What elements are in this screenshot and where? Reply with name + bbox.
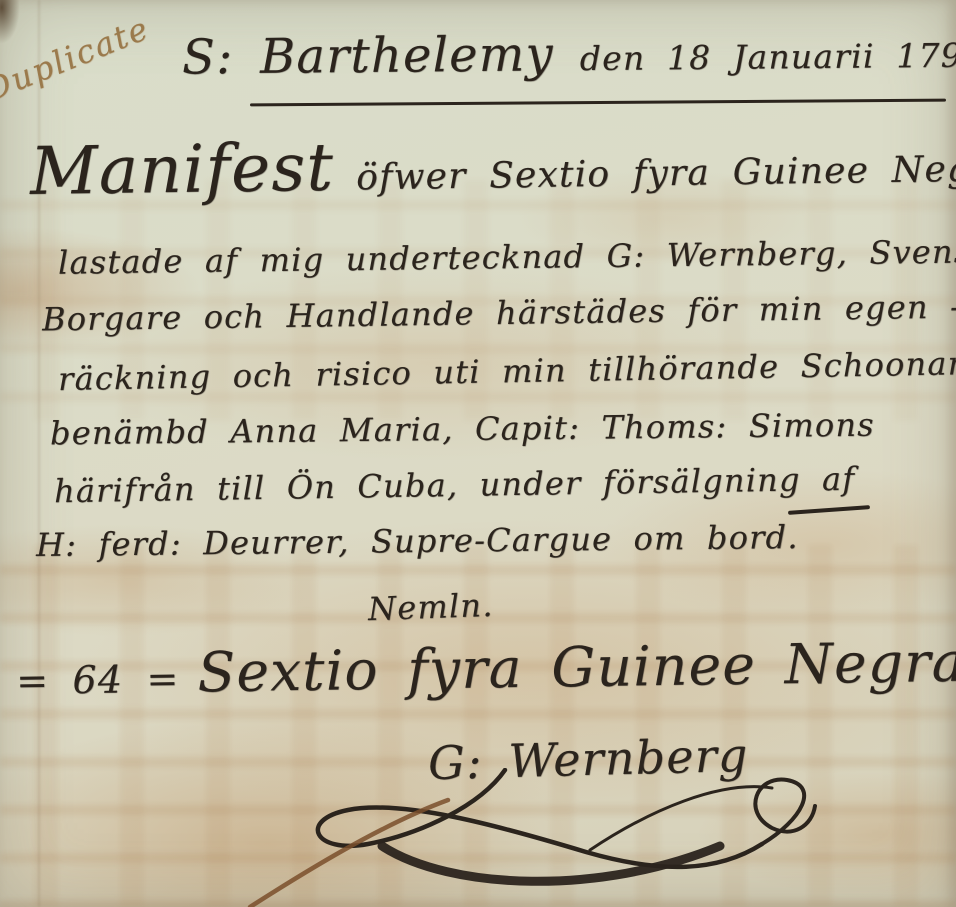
body-line: härifrån till Ön Cuba, under försälgning… xyxy=(54,460,856,511)
corner-ink-blot xyxy=(0,0,20,44)
pen-flourish-underline xyxy=(788,505,870,515)
namely-abbreviation: Nemln. xyxy=(367,586,494,628)
dateline: S: Barthelemyden 18 Januarii 1797. xyxy=(182,22,956,85)
place-name: S: Barthelemy xyxy=(182,26,554,85)
header-underline xyxy=(250,99,946,107)
stray-ink-stroke xyxy=(0,770,520,907)
body-line: H: ferd: Deurrer, Supre-Cargue om bord. xyxy=(36,518,799,564)
body-line: benämbd Anna Maria, Capit: Thoms: Simons xyxy=(50,406,875,453)
manifest-word: Manifest xyxy=(30,129,335,210)
manuscript-page: Duplicate S: Barthelemyden 18 Januarii 1… xyxy=(0,0,956,907)
date-text: den 18 Januarii 1797. xyxy=(580,35,956,78)
slave-count-line: = 64 =Sextio fyra Guinee Negrar: xyxy=(16,629,956,707)
count-words: Sextio fyra Guinee Negrar: xyxy=(197,629,956,704)
body-line: räckning och risico uti min tillhörande … xyxy=(58,344,956,398)
body-line: Borgare och Handlande härstädes för min … xyxy=(42,288,956,339)
duplicate-annotation: Duplicate xyxy=(0,9,155,109)
manifest-opening-line: Manifestöfwer Sextio fyra Guinee Negrar xyxy=(30,119,956,210)
manifest-opening-rest: öfwer Sextio fyra Guinee Negrar xyxy=(356,148,956,198)
count-figure: = 64 = xyxy=(16,657,180,703)
body-line: lastade af mig undertecknad G: Wernberg,… xyxy=(58,232,956,281)
